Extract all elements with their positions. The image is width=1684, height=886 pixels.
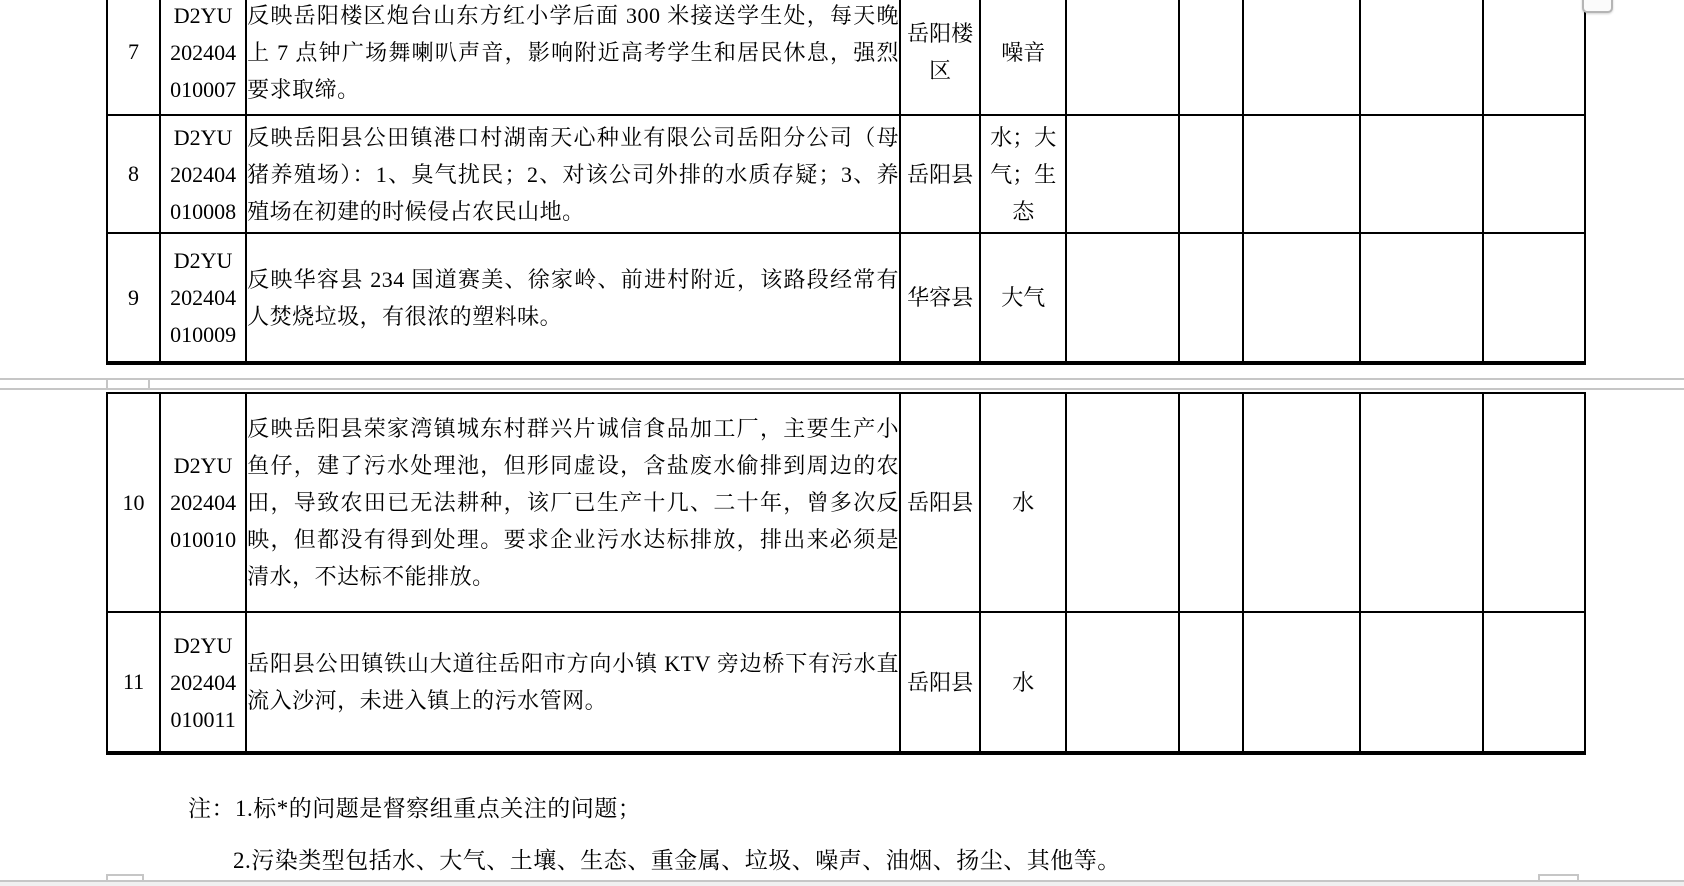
empty-cell: [1179, 115, 1243, 233]
row-number: 8: [107, 115, 160, 233]
case-id-line: D2YU: [161, 0, 245, 34]
empty-cell: [1483, 393, 1585, 612]
row-number: 11: [107, 612, 160, 753]
footnote-2: 2.污染类型包括水、大气、土壤、生态、重金属、垃圾、噪声、油烟、扬尘、其他等。: [233, 842, 1121, 875]
case-id: D2YU 202404 010011: [160, 612, 246, 753]
row-number: 7: [107, 0, 160, 115]
empty-cell: [1179, 612, 1243, 753]
row-number: 10: [107, 393, 160, 612]
empty-cell: [1360, 393, 1483, 612]
location-cell: 岳阳县: [900, 393, 980, 612]
page-edge-line: [0, 378, 1684, 380]
case-id-line: 010010: [161, 521, 245, 558]
case-id-line: 010007: [161, 71, 245, 108]
table-row: 11 D2YU 202404 010011 岳阳县公田镇铁山大道往岳阳市方向小镇…: [107, 612, 1585, 753]
table-row: 8 D2YU 202404 010008 反映岳阳县公田镇港口村湖南天心种业有限…: [107, 115, 1585, 233]
case-id-line: D2YU: [161, 447, 245, 484]
empty-cell: [1179, 0, 1243, 115]
empty-cell: [1066, 393, 1179, 612]
case-id: D2YU 202404 010009: [160, 233, 246, 363]
empty-cell: [1066, 233, 1179, 363]
empty-cell: [1483, 0, 1585, 115]
case-id: D2YU 202404 010008: [160, 115, 246, 233]
case-id-line: 202404: [161, 156, 245, 193]
pollution-type-cell: 噪音: [980, 0, 1066, 115]
location-cell: 岳阳县: [900, 115, 980, 233]
pollution-type-cell: 水；大气；生态: [980, 115, 1066, 233]
table-row: 9 D2YU 202404 010009 反映华容县 234 国道赛美、徐家岭、…: [107, 233, 1585, 363]
empty-cell: [1066, 0, 1179, 115]
empty-cell: [1243, 393, 1359, 612]
empty-cell: [1179, 393, 1243, 612]
case-id-line: D2YU: [161, 119, 245, 156]
pollution-type-cell: 大气: [980, 233, 1066, 363]
empty-cell: [1360, 233, 1483, 363]
page-edge-line: [0, 388, 1684, 390]
complaint-description: 反映岳阳县荣家湾镇城东村群兴片诚信食品加工厂，主要生产小鱼仔，建了污水处理池，但…: [246, 393, 900, 612]
location-cell: 华容县: [900, 233, 980, 363]
case-id-line: 202404: [161, 484, 245, 521]
case-id-line: 010009: [161, 316, 245, 353]
case-id-line: 010011: [161, 701, 245, 738]
empty-cell: [1066, 115, 1179, 233]
case-id: D2YU 202404 010010: [160, 393, 246, 612]
empty-cell: [1243, 115, 1359, 233]
empty-cell: [1483, 612, 1585, 753]
page-gap: [0, 882, 1684, 886]
pollution-type-cell: 水: [980, 612, 1066, 753]
empty-cell: [1483, 115, 1585, 233]
empty-cell: [1483, 233, 1585, 363]
location-cell: 岳阳楼区: [900, 0, 980, 115]
empty-cell: [1243, 612, 1359, 753]
location-cell: 岳阳县: [900, 612, 980, 753]
empty-cell: [1243, 233, 1359, 363]
case-id-line: D2YU: [161, 627, 245, 664]
complaint-description: 反映岳阳楼区炮台山东方红小学后面 300 米接送学生处，每天晚上 7 点钟广场舞…: [246, 0, 900, 115]
complaint-description: 反映岳阳县公田镇港口村湖南天心种业有限公司岳阳分公司（母猪养殖场）：1、臭气扰民…: [246, 115, 900, 233]
table-row: 7 D2YU 202404 010007 反映岳阳楼区炮台山东方红小学后面 30…: [107, 0, 1585, 115]
complaint-description: 岳阳县公田镇铁山大道往岳阳市方向小镇 KTV 旁边桥下有污水直流入沙河，未进入镇…: [246, 612, 900, 753]
case-id: D2YU 202404 010007: [160, 0, 246, 115]
complaints-table-page2: 10 D2YU 202404 010010 反映岳阳县荣家湾镇城东村群兴片诚信食…: [106, 392, 1586, 755]
empty-cell: [1360, 115, 1483, 233]
empty-cell: [1243, 0, 1359, 115]
footnote-1: 注：1.标*的问题是督察组重点关注的问题；: [188, 790, 641, 823]
row-number: 9: [107, 233, 160, 363]
case-id-line: 202404: [161, 664, 245, 701]
pollution-type-cell: 水: [980, 393, 1066, 612]
case-id-line: 202404: [161, 34, 245, 71]
empty-cell: [1360, 612, 1483, 753]
empty-cell: [1360, 0, 1483, 115]
empty-cell: [1179, 233, 1243, 363]
margin-boundary-mark: [106, 378, 150, 390]
case-id-line: 202404: [161, 279, 245, 316]
table-row: 10 D2YU 202404 010010 反映岳阳县荣家湾镇城东村群兴片诚信食…: [107, 393, 1585, 612]
complaints-table-page1: 7 D2YU 202404 010007 反映岳阳楼区炮台山东方红小学后面 30…: [106, 0, 1586, 365]
complaint-description: 反映华容县 234 国道赛美、徐家岭、前进村附近，该路段经常有人焚烧垃圾，有很浓…: [246, 233, 900, 363]
empty-cell: [1066, 612, 1179, 753]
case-id-line: 010008: [161, 193, 245, 230]
case-id-line: D2YU: [161, 242, 245, 279]
scrollbar-thumb[interactable]: [1582, 0, 1613, 13]
